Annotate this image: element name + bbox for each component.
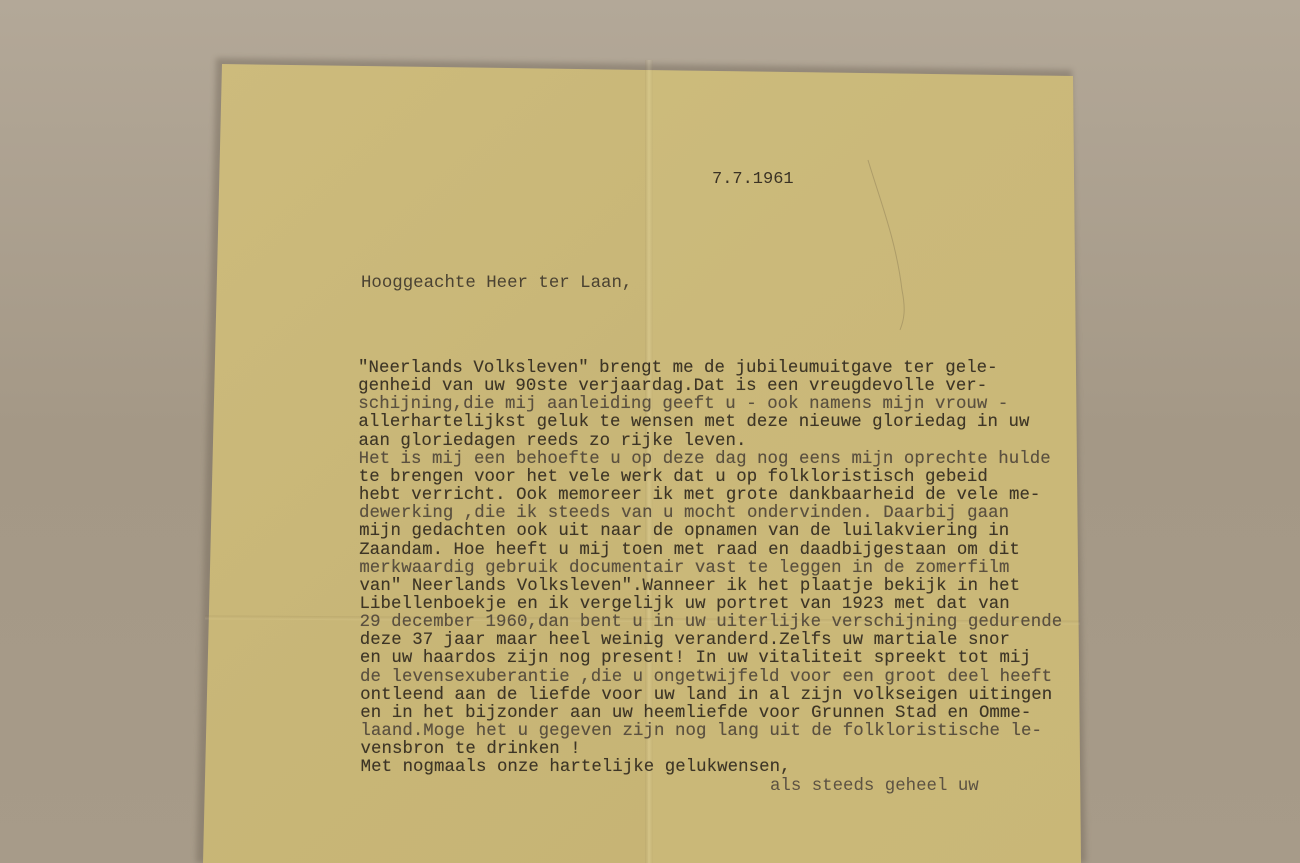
letter-body-line: de levensexuberantie ,die u ongetwijfeld…: [360, 669, 1052, 686]
letter-body-line: van" Neerlands Volksleven".Wanneer ik he…: [359, 578, 1020, 595]
letter-body-line: mijn gedachten ook uit naar de opnamen v…: [359, 523, 1009, 540]
letter-body-line: hebt verricht. Ook memoreer ik met grote…: [359, 487, 1041, 504]
letter-body-line: Het is mij een behoefte u op deze dag no…: [359, 451, 1051, 468]
letter-body-line: Libellenboekje en ik vergelijk uw portre…: [360, 596, 1010, 613]
letter-body-line: genheid van uw 90ste verjaardag.Dat is e…: [358, 378, 987, 395]
letter-body-line: en in het bijzonder aan uw heemliefde vo…: [360, 705, 1031, 722]
letter-body-line: dewerking ,die ik steeds van u mocht ond…: [359, 505, 1009, 522]
letter-paper: 7.7.1961 Hooggeachte Heer ter Laan, "Nee…: [0, 0, 1300, 863]
letter-date: 7.7.1961: [712, 170, 794, 189]
letter-body-line: aan gloriedagen reeds zo rijke leven.: [358, 433, 746, 450]
letter-body-line: laand.Moge het u gegeven zijn nog lang u…: [360, 723, 1042, 740]
letter-body-line: vensbron te drinken !: [361, 741, 581, 758]
letter-body-line: Zaandam. Hoe heeft u mij toen met raad e…: [359, 542, 1020, 559]
letter-body-line: "Neerlands Volksleven" brengt me de jubi…: [358, 360, 998, 377]
letter-body-line: Met nogmaals onze hartelijke gelukwensen…: [361, 759, 791, 776]
letter-body-line: ontleend aan de liefde voor uw land in a…: [360, 687, 1052, 704]
letter-body-line: allerhartelijkst geluk te wensen met dez…: [358, 414, 1029, 431]
letter-body-line: te brengen voor het vele werk dat u op f…: [359, 469, 988, 486]
letter-salutation: Hooggeachte Heer ter Laan,: [361, 274, 632, 293]
letter-body-line: en uw haardos zijn nog present! In uw vi…: [360, 650, 1031, 667]
letter-body-line: 29 december 1960,dan bent u in uw uiterl…: [360, 614, 1063, 631]
letter-body-line: merkwaardig gebruik documentair vast te …: [359, 560, 1009, 577]
letter-body-line: schijning,die mij aanleiding geeft u - o…: [358, 396, 1008, 413]
letter-body-line: deze 37 jaar maar heel weinig veranderd.…: [360, 632, 1010, 649]
letter-closing: als steeds geheel uw: [770, 777, 979, 796]
